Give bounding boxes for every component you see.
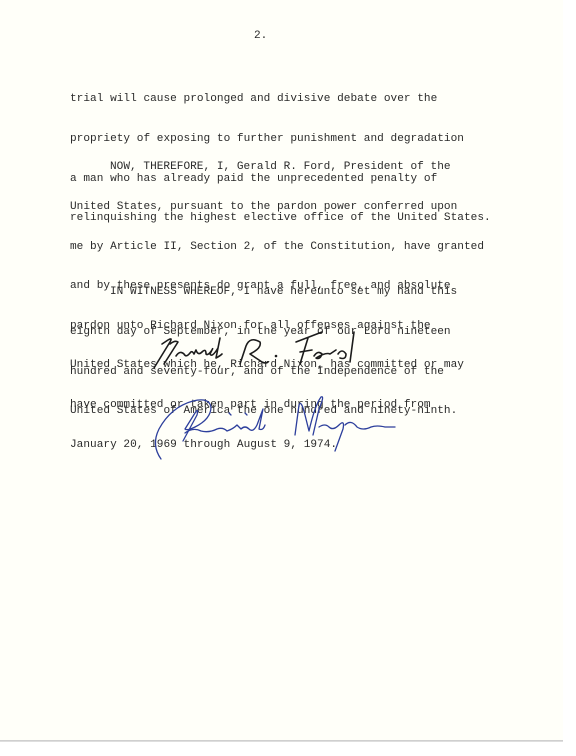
paragraph-line: NOW, THEREFORE, I, Gerald R. Ford, Presi…	[70, 161, 484, 174]
paragraph-line: me by Article II, Section 2, of the Cons…	[70, 241, 484, 254]
document-page: 2. trial will cause prolonged and divisi…	[0, 0, 563, 740]
signature-nixon	[145, 385, 405, 465]
page-number: 2.	[254, 30, 267, 43]
paragraph-line: IN WITNESS WHEREOF, I have hereunto set …	[70, 286, 457, 299]
paragraph-line: United States, pursuant to the pardon po…	[70, 201, 484, 214]
paragraph-line: trial will cause prolonged and divisive …	[70, 93, 491, 106]
signature-ford	[140, 320, 380, 380]
page-edge-shadow	[0, 740, 563, 742]
